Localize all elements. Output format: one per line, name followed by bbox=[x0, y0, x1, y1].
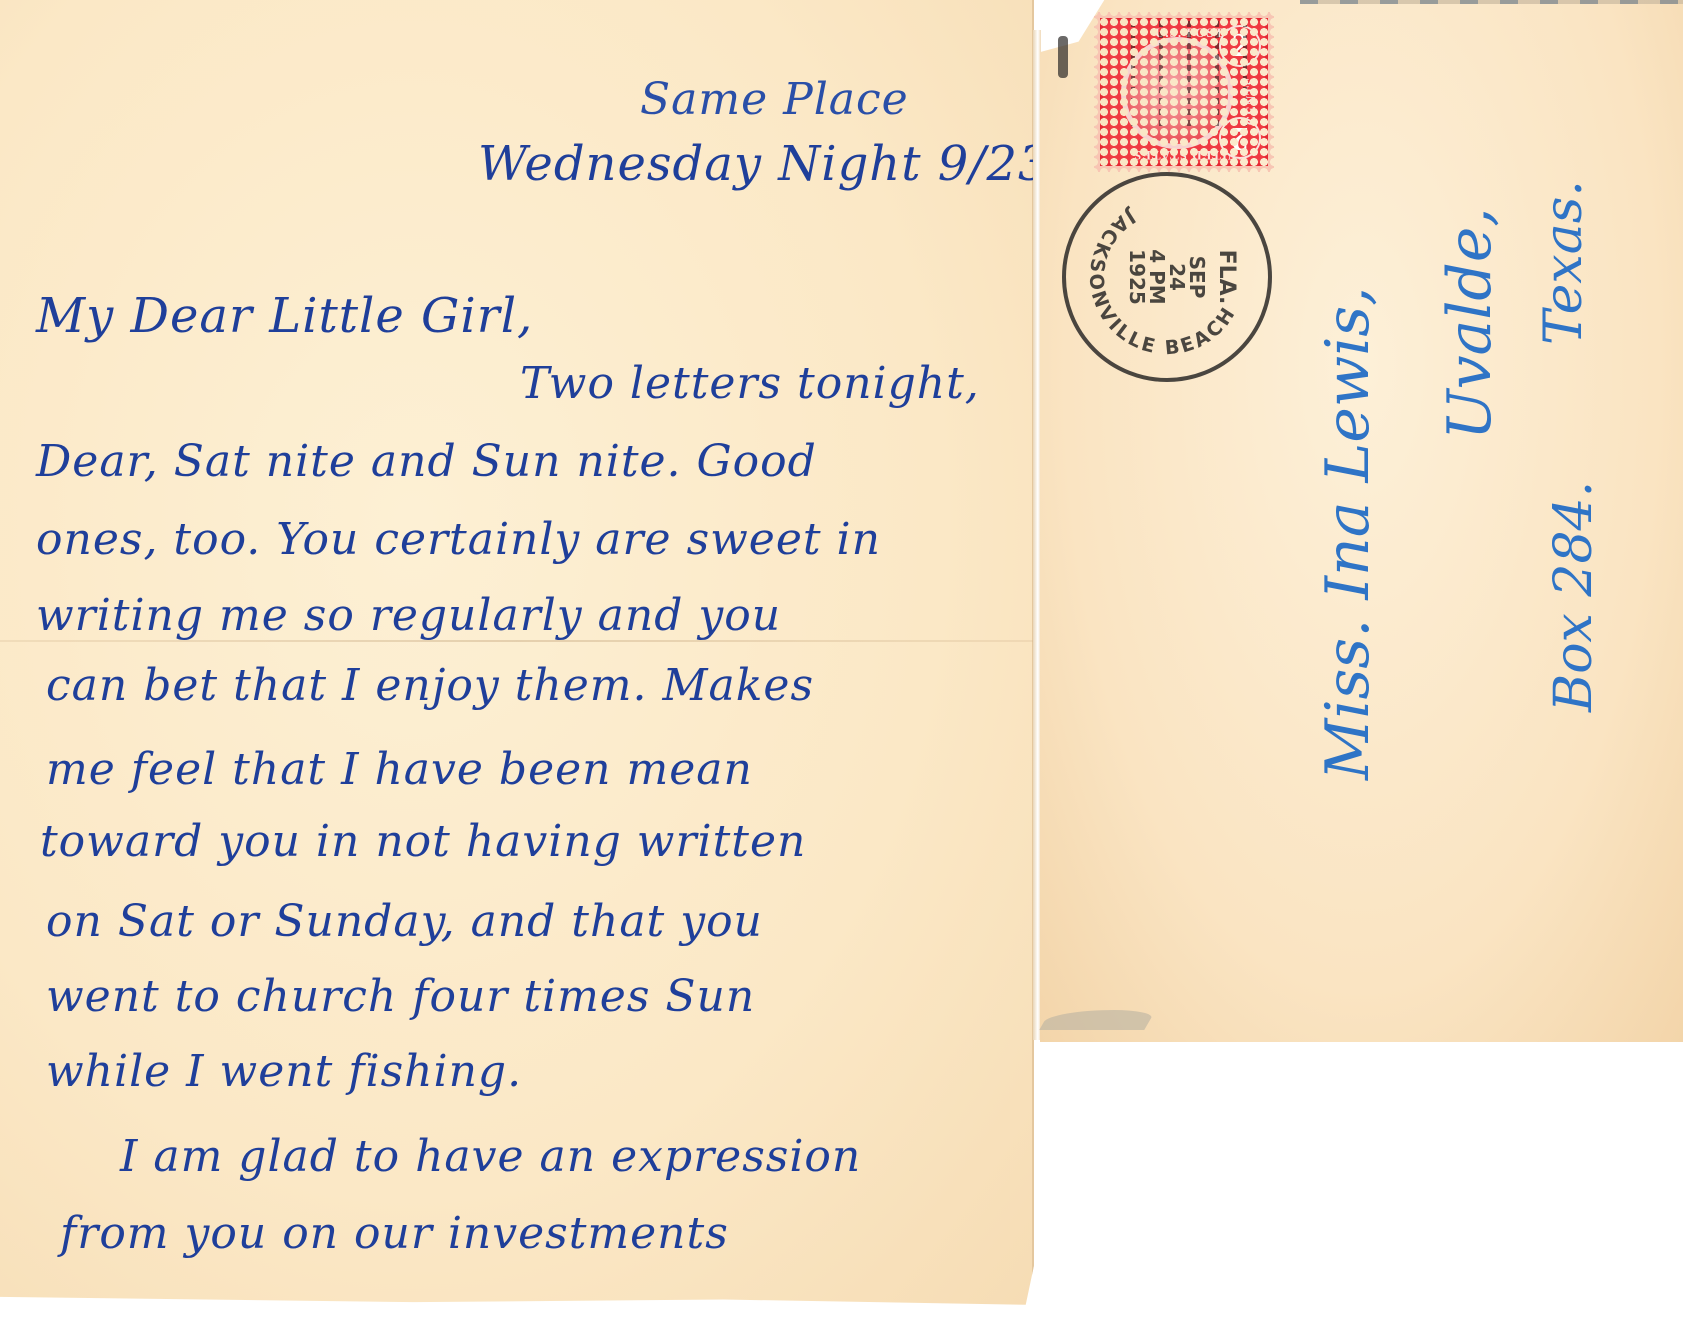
address-state: Texas. bbox=[1538, 180, 1590, 345]
letter-line: I am glad to have an expression bbox=[120, 1135, 861, 1179]
letter-salutation: My Dear Little Girl, bbox=[36, 292, 533, 340]
address-city: Uvalde, bbox=[1440, 208, 1500, 440]
postmark-month: SEP bbox=[1187, 249, 1207, 305]
letter-line: Dear, Sat nite and Sun nite. Good bbox=[36, 440, 817, 484]
letter-line: while I went fishing. bbox=[46, 1050, 522, 1094]
letter-heading-place: Same Place bbox=[640, 78, 909, 122]
cancel-ink-mark bbox=[1058, 36, 1068, 78]
postmark-state: FLA. bbox=[1214, 250, 1239, 305]
letter-line: on Sat or Sunday, and that you bbox=[46, 900, 763, 944]
letter-line: from you on our investments bbox=[60, 1212, 729, 1256]
stamp-face: U.S. POSTAGE UNITED STATES 2 2 CENTS bbox=[1100, 18, 1268, 166]
postmark-date: SEP 24 4 PM 1925 bbox=[1127, 249, 1207, 305]
letter-line: me feel that I have been mean bbox=[46, 748, 753, 792]
letter-line: went to church four times Sun bbox=[46, 975, 755, 1019]
letter-line: can bet that I enjoy them. Makes bbox=[46, 664, 814, 708]
letter-line: toward you in not having written bbox=[40, 820, 806, 864]
handwritten-letter: Same Place Wednesday Night 9/23-'25- My … bbox=[0, 0, 1034, 1310]
letter-line: ones, too. You certainly are sweet in bbox=[36, 518, 881, 562]
postmark-day: 24 bbox=[1167, 249, 1187, 305]
envelope-top-edge bbox=[1300, 0, 1683, 4]
postmark: JACKSONVILLE BEACH SEP 24 4 PM 1925 FLA. bbox=[1062, 172, 1272, 382]
address-recipient-name: Miss. Ina Lewis, bbox=[1318, 287, 1378, 780]
cancellation-bars bbox=[1113, 21, 1263, 131]
envelope-edge bbox=[1033, 30, 1041, 1040]
letter-line: writing me so regularly and you bbox=[36, 594, 781, 638]
postmark-time: 4 PM bbox=[1147, 249, 1167, 305]
postmark-year: 1925 bbox=[1127, 249, 1147, 305]
postage-stamp: U.S. POSTAGE UNITED STATES 2 2 CENTS bbox=[1094, 12, 1274, 172]
address-po-box: Box 284. bbox=[1548, 481, 1600, 712]
letter-line: Two letters tonight, bbox=[520, 362, 980, 406]
scanned-letter-and-envelope: Same Place Wednesday Night 9/23-'25- My … bbox=[0, 0, 1692, 1321]
